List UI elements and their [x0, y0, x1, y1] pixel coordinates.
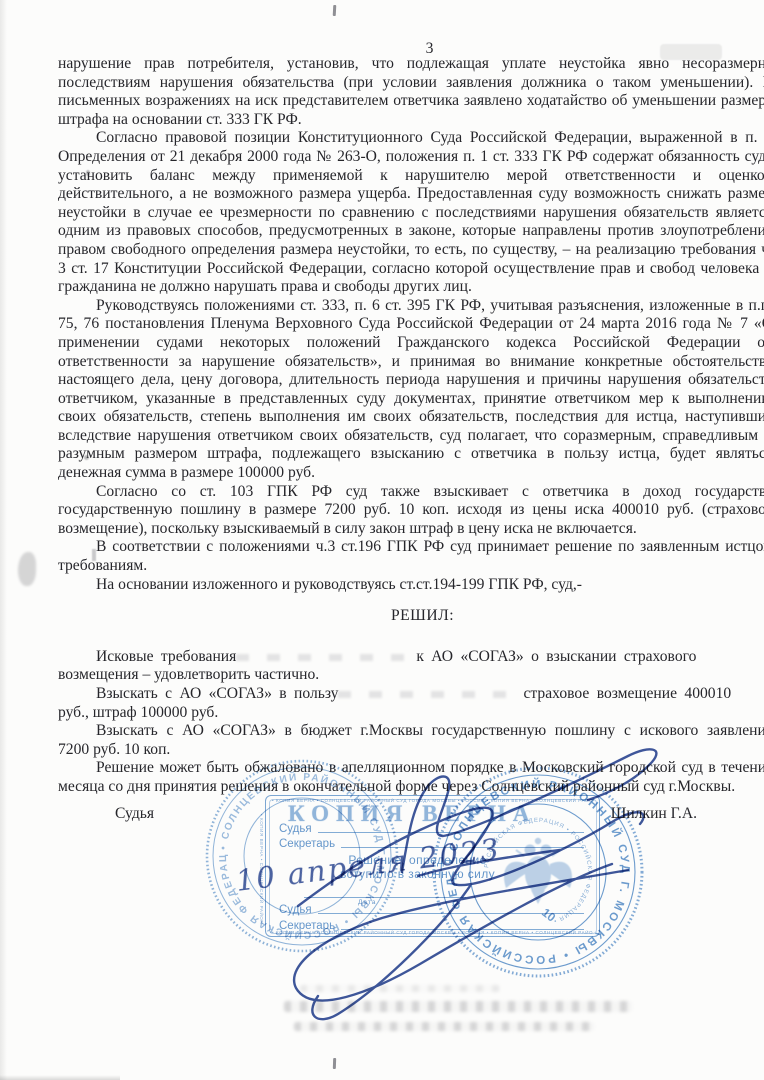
text-segment: требованиям. — [58, 557, 147, 574]
judge-name: Шилкин Г.А. — [611, 805, 697, 824]
text-segment: Согласно правовой позиции Конституционно… — [96, 129, 764, 146]
stamp-secretary-label: Секретарь — [279, 838, 335, 850]
text-segment: своих обязательств, степень выполнения и… — [58, 408, 764, 425]
text-segment: возмещение), поскольку взыскиваемый в си… — [58, 520, 637, 537]
text-line: одним из правовых способов, предусмотрен… — [58, 222, 764, 241]
document-body: нарушение прав потребителя, установив, ч… — [58, 55, 764, 823]
redacted-blank — [338, 691, 523, 698]
signature-line — [318, 831, 584, 833]
text-segment: вследствие нарушения ответчиком своих об… — [58, 427, 764, 444]
text-line: Решение может быть обжаловано в апелляци… — [58, 759, 764, 778]
resolution-heading: РЕШИЛ: — [72, 607, 764, 626]
ink-bleedthrough — [294, 1022, 594, 1031]
text-line: разумным размером штрафа, подлежащего вз… — [58, 445, 764, 464]
text-segment: 3 ст. 17 Конституции Российской Федераци… — [58, 260, 764, 277]
text-line: нарушение прав потребителя, установив, ч… — [58, 55, 764, 74]
scan-artifact-mark — [333, 5, 337, 16]
text-segment: штрафа на основании ст. 333 ГК РФ. — [58, 111, 302, 128]
text-line: действительного, а не возможного размера… — [58, 185, 764, 204]
text-line: настоящего дела, цену договора, длительн… — [58, 371, 764, 390]
text-segment: Согласно со ст. 103 ГПК РФ суд также взы… — [96, 483, 764, 500]
redacted-blank — [236, 654, 416, 661]
text-segment: установить баланс между применяемой к на… — [58, 167, 764, 184]
text-line: денежная сумма в размере 100000 руб. — [58, 464, 764, 483]
text-segment: 7200 руб. 10 коп. — [58, 741, 170, 758]
date-line — [304, 897, 466, 898]
text-line: неустойки в случае ее чрезмерности по ср… — [58, 204, 764, 223]
text-line: ответственности за нарушение обязательст… — [58, 353, 764, 372]
text-segment: применении судами некоторых положений Гр… — [58, 334, 764, 351]
text-line: ответчиком, указанные в представленных с… — [58, 390, 764, 409]
scan-edge-shadow — [0, 0, 7, 1080]
stamp-judge-row: Судья — [279, 823, 586, 835]
text-line: вследствие нарушения ответчиком своих об… — [58, 427, 764, 446]
ink-bleedthrough — [300, 985, 500, 992]
text-segment: денежная сумма в размере 100000 руб. — [58, 464, 315, 481]
text-line: Согласно со ст. 103 ГПК РФ суд также взы… — [58, 483, 764, 502]
text-segment: действительного, а не возможного размера… — [58, 185, 764, 202]
text-segment: Взыскать с АО «СОГАЗ» в бюджет г.Москвы … — [96, 722, 764, 739]
text-line: 3 ст. 17 Конституции Российской Федераци… — [58, 260, 764, 279]
text-line: своих обязательств, степень выполнения и… — [58, 408, 764, 427]
text-line: возмещение), поскольку взыскиваемый в си… — [58, 520, 764, 539]
text-line: установить баланс между применяемой к на… — [58, 167, 764, 186]
text-segment: нарушение прав потребителя, установив, ч… — [58, 55, 764, 72]
text-segment: Исковые требования — [96, 648, 236, 665]
text-line: Исковые требованияк АО «СОГАЗ» о взыскан… — [58, 648, 764, 667]
text-line: правом свободного определения размера не… — [58, 241, 764, 260]
text-segment: 75, 76 постановления Пленума Верховного … — [58, 315, 764, 332]
text-segment: одним из правовых способов, предусмотрен… — [58, 222, 764, 239]
text-segment: руб., штраф 100000 руб. — [58, 704, 218, 721]
text-segment: На основании изложенного и руководствуяс… — [96, 576, 582, 593]
scan-artifact-smudge — [18, 552, 36, 586]
text-segment: гражданина не должно нарушать права и св… — [58, 278, 472, 295]
text-segment: В соответствии с положениями ч.3 ст.196 … — [96, 538, 764, 555]
text-segment: ответчиком, указанные в представленных с… — [58, 390, 764, 407]
stamp-judge-label: Судья — [279, 904, 312, 916]
text-segment: письменных возражениях на иск представит… — [58, 92, 764, 109]
text-segment: возмещения – удовлетворить частично. — [58, 666, 319, 683]
stamp-judge-row2: Судья — [279, 904, 586, 916]
text-line: Согласно правовой позиции Конституционно… — [58, 129, 764, 148]
text-segment: страховое возмещение 400010 — [523, 685, 731, 702]
text-line: Взыскать с АО «СОГАЗ» в бюджет г.Москвы … — [58, 722, 764, 741]
text-segment: Решение может быть обжаловано в апелляци… — [96, 759, 764, 776]
text-segment: ответственности за нарушение обязательст… — [58, 353, 764, 370]
text-segment: месяца со дня принятия решения в окончат… — [58, 778, 735, 795]
text-line: 7200 руб. 10 коп. — [58, 741, 764, 760]
text-line: Взыскать с АО «СОГАЗ» в пользустраховое … — [58, 685, 764, 704]
stamp-microtext-bottom: • КОПИЯ ВЕРНА • СОЛНЦЕВСКИЙ РАЙОННЫЙ СУД… — [272, 930, 593, 935]
text-line: Определения от 21 декабря 2000 года № 26… — [58, 148, 764, 167]
text-line: гражданина не должно нарушать права и св… — [58, 278, 764, 297]
text-line: применении судами некоторых положений Гр… — [58, 334, 764, 353]
text-segment: разумным размером штрафа, подлежащего вз… — [58, 445, 764, 462]
scan-artifact-mark — [333, 1058, 336, 1069]
text-line: На основании изложенного и руководствуяс… — [58, 576, 764, 595]
text-line: руб., штраф 100000 руб. — [58, 704, 764, 723]
text-line: письменных возражениях на иск представит… — [58, 92, 764, 111]
scan-edge-shadow-bottom — [0, 1075, 120, 1080]
text-line: штрафа на основании ст. 333 ГК РФ. — [58, 111, 764, 130]
text-line: государственную пошлину в размере 7200 р… — [58, 501, 764, 520]
text-line: возмещения – удовлетворить частично. — [58, 666, 764, 685]
signature-line — [318, 912, 584, 914]
text-segment: настоящего дела, цену договора, длительн… — [58, 371, 764, 388]
decision-text: нарушение прав потребителя, установив, ч… — [58, 55, 764, 797]
judge-title: Судья — [115, 805, 154, 824]
text-segment: последствиям нарушения обязательства (пр… — [58, 74, 764, 91]
text-line: В соответствии с положениями ч.3 ст.196 … — [58, 538, 764, 557]
text-segment: Руководствуясь положениями ст. 333, п. 6… — [96, 297, 764, 314]
stamp-judge-label: Судья — [279, 823, 312, 835]
text-segment: государственную пошлину в размере 7200 р… — [58, 501, 764, 518]
text-segment: правом свободного определения размера не… — [58, 241, 764, 258]
ink-bleedthrough — [284, 1001, 632, 1012]
text-line: Руководствуясь положениями ст. 333, п. 6… — [58, 297, 764, 316]
text-line: месяца со дня принятия решения в окончат… — [58, 778, 764, 797]
text-segment: неустойки в случае ее чрезмерности по ср… — [58, 204, 764, 221]
text-segment: Взыскать с АО «СОГАЗ» в пользу — [96, 685, 338, 702]
text-line: требованиям. — [58, 557, 764, 576]
text-segment: к АО «СОГАЗ» о взыскании страхового — [416, 648, 696, 665]
text-line: последствиям нарушения обязательства (пр… — [58, 74, 764, 93]
text-segment: Определения от 21 декабря 2000 года № 26… — [58, 148, 764, 165]
text-line: 75, 76 постановления Пленума Верховного … — [58, 315, 764, 334]
